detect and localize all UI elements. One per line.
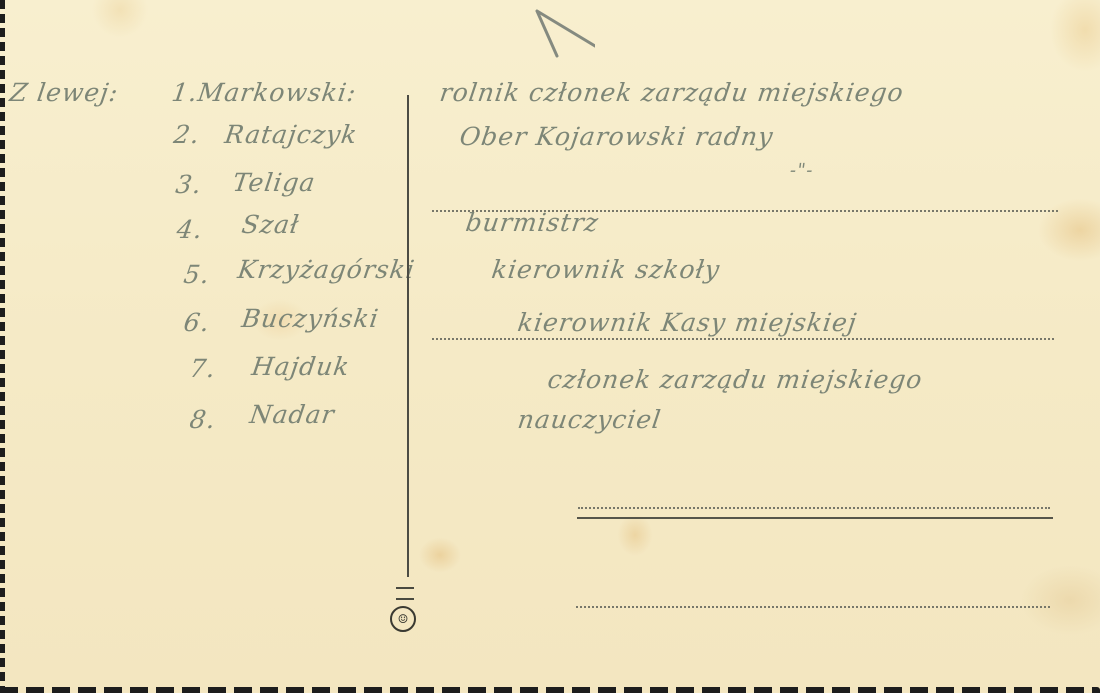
role-text: burmistrz [464, 208, 601, 237]
role-text: kierownik Kasy miejskiej [516, 308, 859, 337]
role-text: nauczyciel [516, 405, 663, 434]
list-item-number: 7. [188, 354, 218, 383]
publisher-logo-icon: ☺ [390, 606, 416, 632]
list-item-name: Krzyżagórski [236, 255, 417, 284]
list-item-name: Teliga [231, 168, 318, 197]
list-item-number: 1. [170, 78, 200, 107]
list-item-number: 6. [182, 308, 212, 337]
role-text: członek zarządu miejskiego [546, 365, 925, 394]
list-item-number: 8. [188, 405, 218, 434]
ditto-mark: -"- [789, 160, 815, 181]
pencil-check-mark-icon [535, 8, 595, 58]
publisher-mark [396, 587, 414, 600]
role-text: rolnik członek zarządu miejskiego [438, 78, 906, 107]
address-line-dotted [578, 507, 1050, 509]
list-item-number: 3. [174, 170, 204, 199]
list-item-number: 2. [172, 120, 202, 149]
center-divider-line [407, 95, 409, 577]
perforated-edge-bottom [0, 687, 1100, 693]
list-item-number: 4. [175, 215, 205, 244]
list-item-name: Markowski: [196, 78, 359, 107]
list-item-number: 5. [182, 260, 212, 289]
role-text: Ober Kojarowski radny [458, 122, 775, 151]
list-item-name: Nadar [248, 400, 337, 429]
header-label: Z lewej: [8, 78, 121, 107]
postcard-back: Z lewej: 1. Markowski: 2. Ratajczyk 3. T… [0, 0, 1100, 693]
perforated-edge-left [0, 0, 5, 693]
list-item-name: Hajduk [250, 352, 352, 381]
address-line-solid [577, 517, 1053, 519]
address-line-dotted [432, 338, 1054, 340]
address-line-dotted [576, 606, 1050, 608]
list-item-name: Ratajczyk [223, 120, 360, 149]
list-item-name: Szał [240, 210, 301, 239]
role-text: kierownik szkoły [490, 255, 722, 284]
list-item-name: Buczyński [240, 304, 381, 333]
